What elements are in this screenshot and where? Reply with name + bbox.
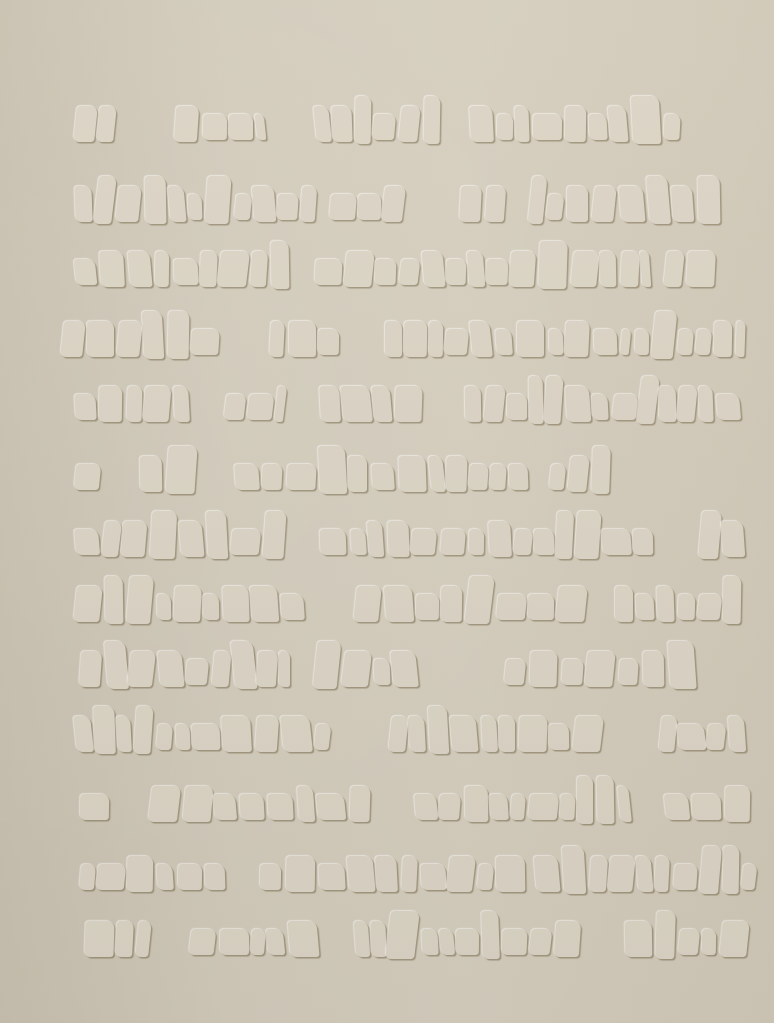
embossed-glyph — [428, 456, 446, 492]
embossed-glyph — [101, 521, 122, 557]
embossed-glyph — [96, 106, 117, 142]
embossed-glyph — [374, 659, 391, 685]
embossed-glyph — [267, 794, 293, 820]
embossed-glyph — [416, 594, 439, 620]
embossed-glyph — [439, 929, 455, 955]
embossed-glyph — [346, 856, 375, 892]
embossed-glyph — [489, 464, 507, 490]
embossed-glyph — [561, 659, 584, 685]
embossed-glyph — [601, 529, 632, 555]
embossed-glyph — [676, 386, 698, 422]
embossed-glyph — [234, 194, 253, 220]
embossed-glyph — [633, 529, 653, 555]
embossed-glyph — [230, 641, 257, 689]
embossed-glyph — [588, 114, 607, 140]
embossed-glyph — [549, 329, 563, 355]
embossed-glyph — [173, 586, 202, 622]
embossed-glyph — [440, 529, 466, 555]
embossed-glyph — [635, 594, 654, 620]
embossed-glyph — [274, 386, 287, 422]
embossed-glyph — [698, 176, 721, 224]
embossed-glyph — [617, 786, 632, 822]
embossed-glyph — [286, 856, 316, 892]
embossed-glyph — [509, 464, 529, 490]
embossed-glyph — [658, 716, 678, 752]
embossed-glyph — [341, 651, 372, 687]
embossed-glyph — [655, 911, 676, 959]
embossed-glyph — [640, 251, 652, 287]
embossed-glyph — [504, 659, 527, 685]
embossed-glyph — [489, 794, 509, 820]
embossed-glyph — [618, 659, 639, 685]
embossed-glyph — [543, 376, 563, 424]
embossed-glyph — [174, 259, 199, 285]
embossed-glyph — [695, 329, 713, 355]
embossed-glyph — [255, 716, 280, 752]
embossed-glyph — [221, 716, 252, 752]
embossed-glyph — [496, 856, 526, 892]
embossed-glyph — [459, 186, 482, 222]
embossed-glyph — [421, 929, 438, 955]
embossed-glyph — [444, 329, 470, 355]
embossed-glyph — [555, 511, 575, 559]
embossed-glyph — [358, 194, 382, 220]
embossed-glyph — [533, 114, 562, 140]
embossed-glyph — [93, 706, 116, 754]
embossed-glyph — [297, 786, 316, 822]
embossed-glyph — [483, 386, 506, 422]
embossed-glyph — [349, 786, 370, 822]
embossed-glyph — [73, 586, 103, 622]
embossed-glyph — [495, 329, 513, 355]
embossed-glyph — [567, 186, 588, 222]
embossed-glyph — [252, 186, 277, 222]
embossed-glyph — [133, 706, 153, 754]
embossed-glyph — [545, 194, 564, 220]
embossed-glyph — [74, 394, 96, 420]
embossed-glyph — [126, 386, 142, 422]
embossed-glyph — [600, 251, 617, 287]
embossed-glyph — [692, 794, 722, 820]
embossed-glyph — [725, 786, 751, 822]
embossed-glyph — [398, 106, 421, 142]
embossed-glyph — [375, 856, 398, 892]
embossed-glyph — [173, 386, 190, 422]
embossed-glyph — [148, 786, 181, 822]
embossed-line — [0, 710, 774, 760]
embossed-glyph — [591, 394, 608, 420]
embossed-glyph — [74, 464, 102, 490]
embossed-line — [0, 450, 774, 500]
embossed-glyph — [167, 186, 186, 222]
embossed-glyph — [394, 386, 422, 422]
embossed-glyph — [465, 386, 482, 422]
embossed-line — [0, 245, 774, 295]
embossed-glyph — [289, 321, 316, 357]
embossed-glyph — [723, 576, 742, 624]
embossed-glyph — [438, 794, 461, 820]
embossed-line — [0, 100, 774, 150]
embossed-glyph — [312, 641, 341, 689]
embossed-glyph — [469, 106, 494, 142]
embossed-glyph — [79, 864, 96, 890]
embossed-glyph — [250, 586, 280, 622]
embossed-glyph — [105, 576, 124, 624]
embossed-line — [0, 915, 774, 965]
embossed-glyph — [528, 794, 560, 820]
embossed-glyph — [176, 724, 191, 750]
embossed-glyph — [591, 446, 611, 494]
embossed-glyph — [313, 106, 332, 142]
embossed-glyph — [565, 106, 587, 142]
embossed-glyph — [618, 186, 645, 222]
embossed-glyph — [313, 724, 331, 750]
embossed-glyph — [157, 594, 171, 620]
embossed-line — [0, 645, 774, 695]
embossed-glyph — [702, 929, 716, 955]
embossed-glyph — [635, 856, 653, 892]
embossed-glyph — [564, 321, 590, 357]
embossed-glyph — [620, 329, 632, 355]
embossed-glyph — [615, 586, 633, 622]
embossed-glyph — [428, 706, 450, 754]
embossed-glyph — [250, 251, 269, 287]
embossed-glyph — [671, 186, 695, 222]
embossed-glyph — [269, 321, 285, 357]
embossed-glyph — [740, 864, 757, 890]
embossed-glyph — [481, 716, 498, 752]
embossed-glyph — [398, 259, 420, 285]
embossed-glyph — [126, 576, 154, 624]
embossed-glyph — [182, 786, 213, 822]
embossed-glyph — [314, 259, 342, 285]
embossed-glyph — [678, 594, 696, 620]
embossed-glyph — [93, 176, 117, 224]
embossed-glyph — [116, 321, 143, 357]
embossed-glyph — [698, 511, 722, 559]
embossed-glyph — [607, 856, 636, 892]
embossed-paper — [0, 0, 774, 1023]
embossed-glyph — [401, 856, 418, 892]
embossed-glyph — [319, 386, 341, 422]
embossed-glyph — [316, 794, 347, 820]
embossed-glyph — [145, 176, 167, 224]
embossed-glyph — [527, 176, 547, 224]
embossed-glyph — [329, 194, 357, 220]
embossed-glyph — [239, 794, 264, 820]
embossed-glyph — [318, 446, 348, 494]
embossed-glyph — [646, 176, 671, 224]
embossed-glyph — [157, 651, 184, 687]
embossed-glyph — [673, 864, 698, 890]
embossed-glyph — [538, 241, 568, 289]
embossed-glyph — [677, 724, 707, 750]
embossed-glyph — [625, 921, 653, 957]
embossed-glyph — [529, 376, 544, 424]
embossed-glyph — [589, 856, 609, 892]
embossed-glyph — [280, 716, 313, 752]
embossed-glyph — [168, 311, 190, 359]
embossed-glyph — [350, 529, 367, 555]
embossed-glyph — [497, 114, 513, 140]
embossed-glyph — [96, 864, 127, 890]
embossed-glyph — [188, 194, 203, 220]
embossed-glyph — [156, 724, 173, 750]
embossed-glyph — [387, 521, 409, 557]
embossed-glyph — [115, 921, 134, 957]
embossed-glyph — [116, 716, 132, 752]
embossed-glyph — [220, 929, 249, 955]
embossed-glyph — [562, 846, 587, 894]
embossed-glyph — [607, 106, 628, 142]
embossed-line — [0, 515, 774, 565]
embossed-glyph — [300, 186, 318, 222]
embossed-glyph — [381, 186, 406, 222]
embossed-line — [0, 315, 774, 365]
embossed-glyph — [340, 386, 373, 422]
embossed-glyph — [572, 716, 604, 752]
embossed-glyph — [250, 929, 266, 955]
embossed-glyph — [142, 386, 171, 422]
embossed-glyph — [375, 259, 397, 285]
embossed-glyph — [190, 329, 220, 355]
embossed-glyph — [261, 464, 282, 490]
embossed-glyph — [192, 724, 221, 750]
embossed-glyph — [276, 194, 299, 220]
embossed-glyph — [217, 251, 250, 287]
embossed-glyph — [567, 456, 590, 492]
embossed-glyph — [485, 186, 507, 222]
embossed-glyph — [87, 321, 114, 357]
embossed-glyph — [714, 321, 733, 357]
embossed-glyph — [260, 864, 281, 890]
embossed-glyph — [370, 921, 386, 957]
embossed-glyph — [120, 521, 147, 557]
embossed-glyph — [481, 911, 500, 959]
embossed-glyph — [654, 856, 670, 892]
embossed-glyph — [721, 521, 746, 557]
embossed-glyph — [549, 464, 567, 490]
embossed-glyph — [424, 96, 441, 144]
embossed-glyph — [735, 321, 745, 357]
embossed-glyph — [223, 394, 246, 420]
embossed-glyph — [178, 864, 202, 890]
embossed-glyph — [565, 386, 592, 422]
embossed-glyph — [99, 386, 123, 422]
embossed-glyph — [266, 929, 286, 955]
embossed-glyph — [229, 114, 253, 140]
embossed-glyph — [353, 586, 382, 622]
embossed-glyph — [279, 651, 290, 687]
embossed-glyph — [699, 846, 722, 894]
embossed-glyph — [318, 329, 339, 355]
embossed-glyph — [441, 586, 463, 622]
embossed-glyph — [355, 96, 372, 144]
embossed-glyph — [636, 376, 660, 424]
embossed-glyph — [528, 929, 552, 955]
embossed-glyph — [643, 651, 665, 687]
embossed-glyph — [155, 251, 170, 287]
embossed-glyph — [331, 106, 352, 142]
embossed-glyph — [477, 864, 495, 890]
embossed-glyph — [467, 251, 486, 287]
embossed-glyph — [371, 464, 395, 490]
embossed-glyph — [367, 521, 385, 557]
embossed-glyph — [384, 586, 415, 622]
embossed-glyph — [230, 529, 262, 555]
embossed-glyph — [663, 114, 680, 140]
embossed-glyph — [559, 794, 575, 820]
embossed-glyph — [659, 386, 677, 422]
embossed-glyph — [488, 521, 512, 557]
embossed-glyph — [206, 511, 229, 559]
embossed-glyph — [372, 114, 396, 140]
embossed-glyph — [80, 794, 109, 820]
embossed-glyph — [635, 329, 649, 355]
embossed-glyph — [728, 716, 747, 752]
embossed-glyph — [499, 716, 515, 752]
embossed-glyph — [429, 321, 444, 357]
embossed-glyph — [719, 921, 750, 957]
embossed-glyph — [348, 456, 367, 492]
embossed-glyph — [464, 576, 495, 624]
embossed-glyph — [99, 251, 125, 287]
embossed-glyph — [667, 641, 696, 689]
embossed-glyph — [664, 794, 691, 820]
embossed-glyph — [185, 659, 210, 685]
embossed-glyph — [410, 529, 438, 555]
embossed-glyph — [507, 394, 527, 420]
embossed-glyph — [246, 394, 274, 420]
embossed-glyph — [496, 594, 528, 620]
embossed-glyph — [234, 464, 260, 490]
embossed-glyph — [385, 911, 420, 959]
embossed-glyph — [468, 464, 489, 490]
embossed-glyph — [686, 251, 716, 287]
embossed-glyph — [140, 456, 163, 492]
embossed-glyph — [343, 251, 375, 287]
embossed-glyph — [509, 251, 537, 287]
embossed-glyph — [705, 724, 726, 750]
embossed-glyph — [150, 511, 178, 559]
embossed-glyph — [656, 586, 674, 622]
embossed-glyph — [178, 521, 204, 557]
embossed-glyph — [469, 529, 484, 555]
embossed-glyph — [465, 786, 489, 822]
embossed-line — [0, 850, 774, 900]
embossed-glyph — [554, 921, 582, 957]
embossed-glyph — [79, 651, 103, 687]
embossed-glyph — [127, 651, 156, 687]
embossed-glyph — [421, 251, 445, 287]
embossed-line — [0, 380, 774, 430]
embossed-glyph — [577, 776, 593, 824]
embossed-glyph — [205, 864, 226, 890]
embossed-glyph — [199, 251, 218, 287]
embossed-glyph — [594, 329, 618, 355]
embossed-glyph — [60, 321, 86, 357]
embossed-glyph — [677, 329, 694, 355]
embossed-glyph — [510, 794, 526, 820]
embossed-glyph — [213, 794, 237, 820]
embossed-line — [0, 780, 774, 830]
embossed-glyph — [555, 586, 588, 622]
embossed-glyph — [514, 106, 529, 142]
embossed-glyph — [501, 929, 527, 955]
embossed-glyph — [631, 96, 662, 144]
embossed-glyph — [104, 641, 129, 689]
embossed-glyph — [528, 594, 554, 620]
embossed-glyph — [517, 321, 544, 357]
embossed-glyph — [74, 259, 98, 285]
embossed-glyph — [574, 511, 601, 559]
embossed-glyph — [204, 176, 231, 224]
embossed-glyph — [73, 716, 94, 752]
embossed-glyph — [271, 241, 290, 289]
embossed-glyph — [115, 186, 142, 222]
embossed-glyph — [650, 311, 677, 359]
embossed-glyph — [127, 856, 154, 892]
embossed-glyph — [597, 776, 615, 824]
embossed-glyph — [696, 594, 722, 620]
embossed-glyph — [127, 251, 152, 287]
embossed-glyph — [318, 864, 345, 890]
embossed-glyph — [287, 921, 319, 957]
embossed-glyph — [222, 586, 249, 622]
embossed-glyph — [73, 106, 98, 142]
embossed-glyph — [456, 929, 479, 955]
embossed-glyph — [716, 394, 741, 420]
embossed-glyph — [203, 594, 219, 620]
embossed-glyph — [74, 186, 92, 222]
embossed-glyph — [529, 651, 557, 687]
embossed-glyph — [698, 386, 713, 422]
embossed-glyph — [385, 321, 402, 357]
embossed-glyph — [320, 529, 347, 555]
embossed-glyph — [255, 114, 267, 140]
embossed-glyph — [678, 929, 701, 955]
embossed-glyph — [518, 716, 547, 752]
embossed-glyph — [533, 856, 560, 892]
embossed-glyph — [203, 114, 227, 140]
embossed-glyph — [165, 446, 197, 494]
embossed-glyph — [286, 464, 316, 490]
embossed-glyph — [256, 651, 279, 687]
embossed-glyph — [620, 251, 640, 287]
embossed-glyph — [174, 106, 200, 142]
embossed-glyph — [420, 864, 446, 890]
embossed-glyph — [663, 251, 685, 287]
embossed-line — [0, 180, 774, 230]
embossed-glyph — [262, 511, 286, 559]
embossed-glyph — [74, 529, 100, 555]
embossed-glyph — [570, 251, 600, 287]
embossed-glyph — [485, 259, 508, 285]
embossed-glyph — [84, 921, 114, 957]
embossed-glyph — [156, 864, 174, 890]
embossed-glyph — [446, 259, 467, 285]
embossed-glyph — [446, 856, 476, 892]
embossed-glyph — [280, 594, 305, 620]
embossed-glyph — [445, 456, 467, 492]
embossed-glyph — [414, 794, 438, 820]
embossed-glyph — [188, 929, 216, 955]
embossed-glyph — [611, 394, 638, 420]
embossed-glyph — [398, 456, 426, 492]
embossed-glyph — [584, 651, 616, 687]
embossed-glyph — [469, 321, 493, 357]
embossed-glyph — [390, 651, 419, 687]
